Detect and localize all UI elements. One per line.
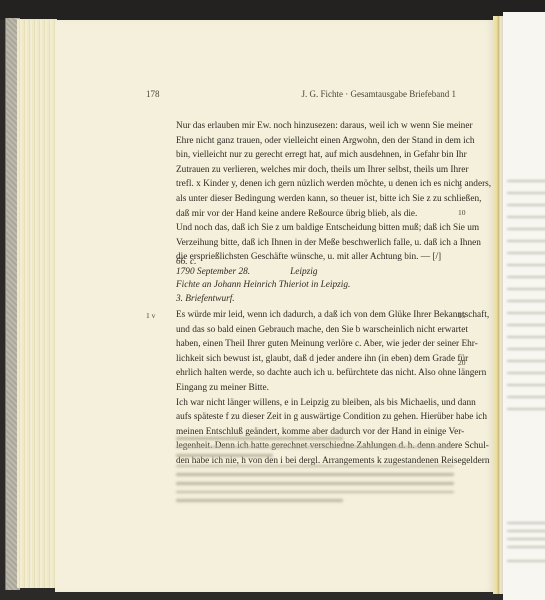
footnote-line [176,491,454,494]
text-line: Nur das erlauben mir Ew. noch hinzusezen… [176,119,456,134]
book-scan: 178 J. G. Fichte · Gesamtausgabe Briefeb… [0,0,545,600]
text-line: Es würde mir leid, wenn ich dadurch, a d… [176,308,456,323]
book-spine-gutter [493,16,503,594]
footnote-line [176,446,454,449]
ghost-text-line [507,360,545,362]
footnote-line [176,482,454,485]
text-line: aufs späteste f zu dieser Zeit in g ausw… [176,410,456,425]
ghost-text-line [507,384,545,386]
letter-date-place: 1790 September 28.Leipzig [176,266,350,279]
letter-type: 3. Briefentwurf. [176,293,350,306]
text-line: bin, vielleicht nur zu gerecht erregt ha… [176,148,456,163]
ghost-text-line [507,300,545,302]
text-line: haben, einen Theil Ihrer guten Meinung v… [176,337,456,352]
text-line: Zutrauen zu verlieren, welches mir doch,… [176,163,456,178]
letter-heading: 1790 September 28.Leipzig Fichte an Joha… [176,266,350,306]
line-number: 15 [458,311,466,320]
footnote-line [176,454,273,457]
ghost-text-line [507,522,545,524]
text-line: Ich war nicht länger willens, e in Leipz… [176,396,456,411]
ghost-text-line [507,396,545,398]
text-line: und das so bald einen Gebrauch mache, de… [176,323,456,338]
page-stack-edge [17,20,57,588]
footnote-line [176,465,454,468]
ghost-text-line [507,192,545,194]
text-line: Verzeihung bitte, daß ich Ihnen in der M… [176,236,456,251]
footnote-line [176,499,343,502]
text-line: Ehre nicht ganz trauen, oder vielleicht … [176,134,456,149]
ghost-text-line [507,372,545,374]
line-number: 20 [458,358,466,367]
footnote-line [176,437,343,440]
folio-marker: 1 v [146,311,155,320]
ghost-text-line [507,252,545,254]
line-number: 10 [458,208,466,217]
ghost-text-line [507,312,545,314]
ghost-text-line [507,264,545,266]
ghost-text-line [507,530,545,532]
ghost-text-line [507,348,545,350]
ghost-text-line [507,546,545,548]
ghost-text-line [507,538,545,540]
running-head: 178 J. G. Fichte · Gesamtausgabe Briefeb… [146,89,456,101]
text-line: daß mir vor der Hand keine andere Reßour… [176,207,456,222]
ghost-text-line [507,336,545,338]
text-line: Eingang zu meiner Bitte. [176,381,456,396]
letter-place: Leipzig [290,266,317,279]
line-number: 5 [458,182,462,191]
page-number: 178 [146,89,160,99]
right-page-edge [503,12,545,600]
text-line: als unter dieser Bedingung werden kann, … [176,192,456,207]
ghost-text-line [507,276,545,278]
letter-addressee: Fichte an Johann Heinrich Thieriot in Le… [176,279,350,292]
ghost-text-line [507,324,545,326]
running-title: J. G. Fichte · Gesamtausgabe Briefeband … [302,89,456,99]
dark-background [0,0,545,20]
ghost-text-line [507,288,545,290]
text-line: ehrlich halten werde, so dachte auch ich… [176,366,456,381]
footnotes-blurred [176,437,454,508]
continuation-paragraph: Nur das erlauben mir Ew. noch hinzusezen… [176,119,456,265]
letter-date: 1790 September 28. [176,267,250,277]
ghost-text-line [507,216,545,218]
ghost-text-line [507,180,545,182]
ghost-text-line [507,228,545,230]
ghost-text-line [507,408,545,410]
ghost-text-line [507,240,545,242]
text-line: die ersprießlichsten Geschäfte wünsche, … [176,250,456,265]
right-page-header-ghost [510,88,512,93]
text-line: trefl. x Kinder y, denen ich gern nüzlic… [176,177,456,192]
footnote-line [176,473,454,476]
ghost-text-line [507,560,545,562]
text-line: lichkeit sich bewust ist, glaubt, daß d … [176,352,456,367]
ghost-text-line [507,204,545,206]
text-line: Und noch das, daß ich Sie z um baldige E… [176,221,456,236]
